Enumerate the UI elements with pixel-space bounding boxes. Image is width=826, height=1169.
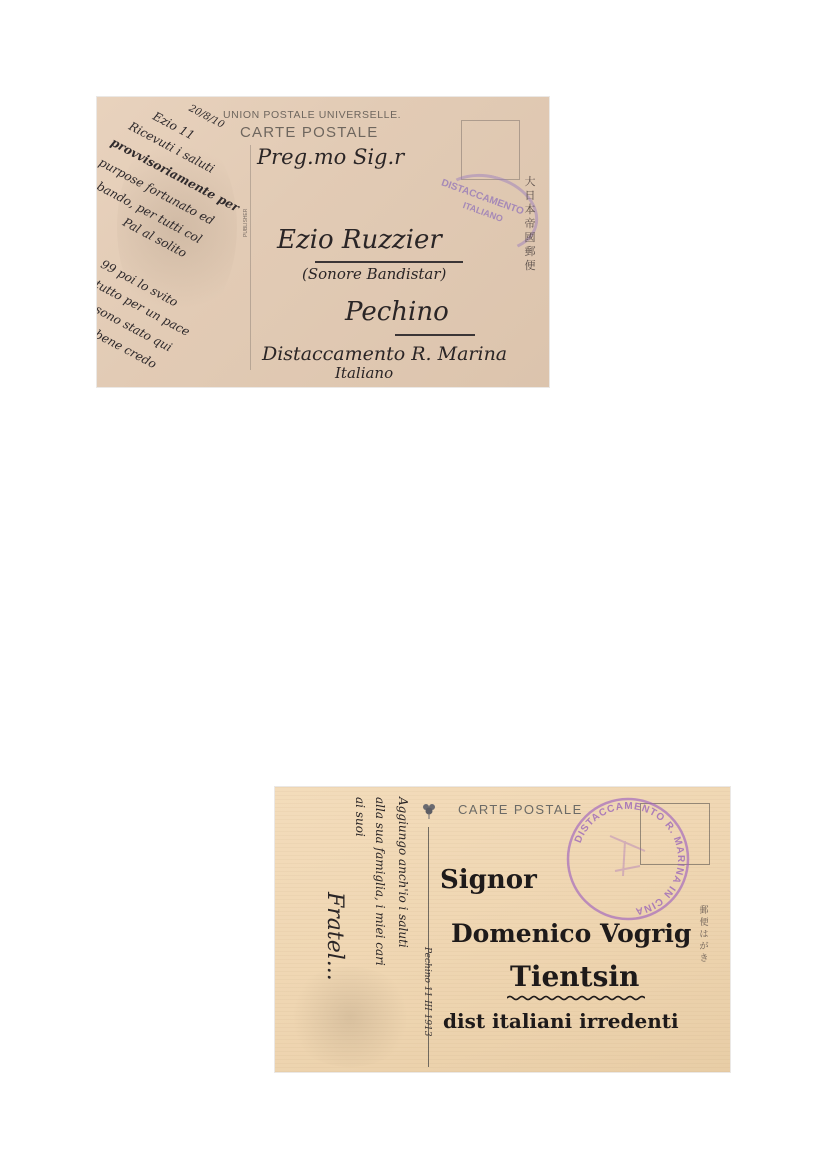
printed-title: CARTE POSTALE	[240, 124, 378, 141]
chinese-vertical-text: 郵便はがき	[698, 905, 710, 965]
address-name: Ezio Ruzzier	[277, 225, 442, 255]
printed-title: CARTE POSTALE	[458, 802, 583, 817]
address-city: Pechino	[345, 297, 449, 327]
handwritten-message: 20/8/10 Ezio 11 Ricevuti i saluti provvi…	[97, 107, 247, 387]
card-divider-line	[250, 145, 251, 370]
chinese-vertical-text: 大日本帝國郵便	[523, 175, 537, 273]
signature: Fratel...	[322, 892, 347, 981]
address-city: Tientsin	[510, 960, 639, 993]
paper-stain	[285, 967, 415, 1067]
postcard-2: CARTE POSTALE DISTACCAMENTO R. MARINA IN…	[275, 787, 730, 1072]
svg-text:DISTACCAMENTO R. MARINA IN CIN: DISTACCAMENTO R. MARINA IN CINA	[573, 801, 686, 917]
address-salutation: Signor	[440, 865, 537, 895]
message-line: Aggiungo anch'io i saluti	[396, 797, 410, 948]
stamp-placeholder-box	[461, 120, 520, 180]
postcard-1: UNION POSTALE UNIVERSELLE. CARTE POSTALE…	[97, 97, 549, 387]
address-salutation: Preg.mo Sig.r	[257, 145, 404, 169]
message-line: ai suoi	[353, 797, 367, 837]
address-name: Domenico Vogrig	[451, 919, 691, 948]
message-date: 20/8/10	[187, 103, 226, 131]
address-unit-line1: Distaccamento R. Marina	[262, 343, 507, 365]
city-underline	[395, 334, 475, 336]
message-line: alla sua famiglia, i miei cari	[373, 797, 387, 966]
crown-emblem-icon	[421, 801, 437, 819]
address-unit-line2: Italiano	[335, 364, 393, 382]
address-role: (Sonore Bandistar)	[302, 265, 446, 283]
message-date: Pechino 11 III 1913	[422, 947, 432, 1037]
postmark-circle: DISTACCAMENTO R. MARINA IN CINA	[565, 796, 691, 922]
address-unit-line: dist italiani irredenti	[443, 1009, 679, 1033]
city-wavy-underline	[507, 995, 645, 1001]
printed-header: UNION POSTALE UNIVERSELLE.	[223, 109, 401, 121]
name-underline	[315, 261, 463, 263]
